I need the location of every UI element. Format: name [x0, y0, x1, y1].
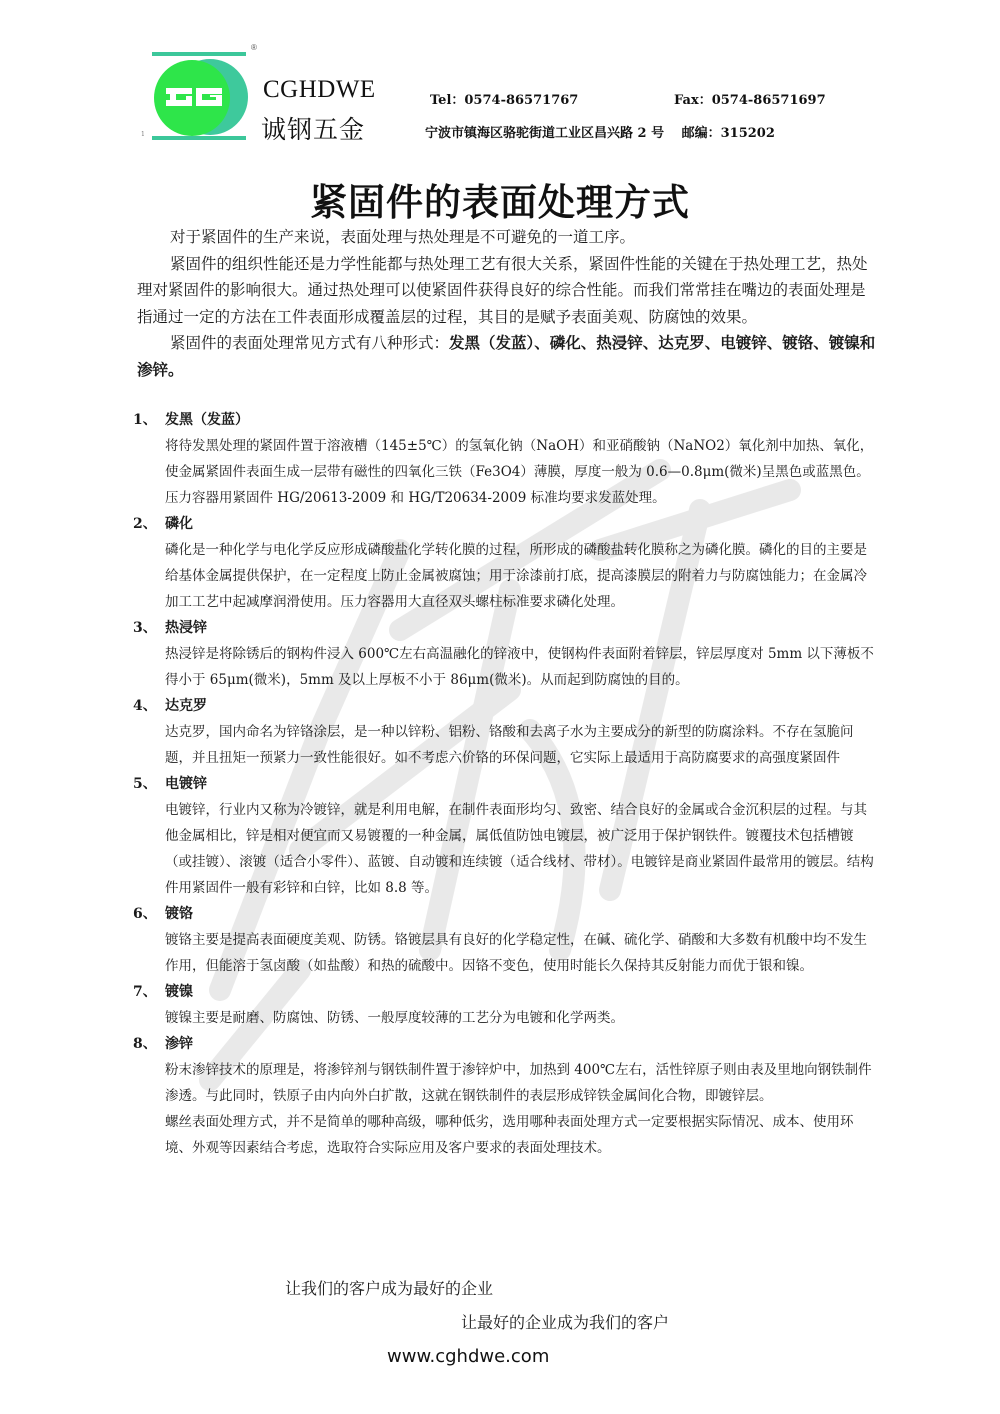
section-heading: 渗锌 [165, 1031, 193, 1057]
section-text: 粉末渗锌技术的原理是，将渗锌剂与钢铁制件置于渗锌炉中，加热到 400℃左右，活性… [165, 1057, 878, 1109]
surface-treatment-sections: 1、发黑（发蓝） 将待发黑处理的紧固件置于溶液槽（145±5℃）的氢氧化钠（Na… [133, 407, 878, 1161]
section-heading: 发黑（发蓝） [165, 407, 249, 433]
address: 宁波市镇海区骆驼街道工业区昌兴路 2 号 邮编：315202 [425, 122, 775, 141]
registered-mark: ® [251, 43, 257, 52]
section-heading: 电镀锌 [165, 771, 207, 797]
intro-p3-prefix: 紧固件的表面处理常见方式有八种形式： [170, 334, 449, 352]
section-2: 2、磷化 磷化是一种化学与电化学反应形成磷酸盐化学转化膜的过程，所形成的磷酸盐转… [133, 511, 878, 615]
section-text: 达克罗，国内命名为锌铬涂层，是一种以锌粉、铝粉、铬酸和去离子水为主要成分的新型的… [165, 719, 878, 771]
cg-monogram-icon [164, 84, 224, 110]
section-number: 7、 [133, 979, 165, 1005]
section-text: 镀铬主要是提高表面硬度美观、防锈。铬镀层具有良好的化学稳定性，在碱、硫化学、硝酸… [165, 927, 878, 979]
section-text: 镀镍主要是耐磨、防腐蚀、防锈、一般厚度较薄的工艺分为电镀和化学两类。 [165, 1005, 878, 1031]
section-heading: 镀铬 [165, 901, 193, 927]
conclusion-text: 螺丝表面处理方式，并不是简单的哪种高级，哪种低劣，选用哪种表面处理方式一定要根据… [165, 1109, 878, 1161]
section-number: 8、 [133, 1031, 165, 1057]
section-number: 1、 [133, 407, 165, 433]
intro-paragraph-1: 对于紧固件的生产来说，表面处理与热处理是不可避免的一道工序。 [137, 224, 877, 251]
section-text: 将待发黑处理的紧固件置于溶液槽（145±5℃）的氢氧化钠（NaOH）和亚硝酸钠（… [165, 433, 878, 511]
section-text: 磷化是一种化学与电化学反应形成磷酸盐化学转化膜的过程，所形成的磷酸盐转化膜称之为… [165, 537, 878, 615]
section-heading: 热浸锌 [165, 615, 207, 641]
section-7: 7、镀镍 镀镍主要是耐磨、防腐蚀、防锈、一般厚度较薄的工艺分为电镀和化学两类。 [133, 979, 878, 1031]
fax: Fax：0574-86571697 [674, 89, 826, 108]
telephone: Tel：0574-86571767 [430, 89, 578, 108]
section-text: 热浸锌是将除锈后的钢构件浸入 600℃左右高温融化的锌液中，使钢构件表面附着锌层… [165, 641, 878, 693]
section-heading: 达克罗 [165, 693, 207, 719]
section-number: 3、 [133, 615, 165, 641]
intro: 对于紧固件的生产来说，表面处理与热处理是不可避免的一道工序。 紧固件的组织性能还… [137, 224, 877, 383]
section-number: 5、 [133, 771, 165, 797]
website-link[interactable]: www.cghdwe.com [387, 1346, 549, 1367]
section-number: 4、 [133, 693, 165, 719]
company-logo [150, 50, 250, 142]
section-8: 8、渗锌 粉末渗锌技术的原理是，将渗锌剂与钢铁制件置于渗锌炉中，加热到 400℃… [133, 1031, 878, 1161]
slogan-2: 让最好的企业成为我们的客户 [461, 1310, 669, 1333]
logo-top-bar [152, 52, 246, 56]
section-heading: 磷化 [165, 511, 193, 537]
brand-name-cn: 诚钢五金 [261, 110, 365, 146]
section-heading: 镀镍 [165, 979, 193, 1005]
page-mark: 1 [141, 131, 145, 138]
section-number: 2、 [133, 511, 165, 537]
slogan-1: 让我们的客户成为最好的企业 [285, 1276, 493, 1299]
section-3: 3、热浸锌 热浸锌是将除锈后的钢构件浸入 600℃左右高温融化的锌液中，使钢构件… [133, 615, 878, 693]
section-5: 5、电镀锌 电镀锌，行业内又称为冷镀锌，就是利用电解，在制件表面形均匀、致密、结… [133, 771, 878, 901]
brand-name-en: CGHDWE [263, 76, 376, 104]
section-text: 电镀锌，行业内又称为冷镀锌，就是利用电解，在制件表面形均匀、致密、结合良好的金属… [165, 797, 878, 901]
intro-paragraph-3: 紧固件的表面处理常见方式有八种形式：发黑（发蓝）、磷化、热浸锌、达克罗、电镀锌、… [137, 330, 877, 383]
section-4: 4、达克罗 达克罗，国内命名为锌铬涂层，是一种以锌粉、铝粉、铬酸和去离子水为主要… [133, 693, 878, 771]
section-6: 6、镀铬 镀铬主要是提高表面硬度美观、防锈。铬镀层具有良好的化学稳定性，在碱、硫… [133, 901, 878, 979]
section-number: 6、 [133, 901, 165, 927]
intro-paragraph-2: 紧固件的组织性能还是力学性能都与热处理工艺有很大关系，紧固件性能的关键在于热处理… [137, 251, 877, 331]
page-title: 紧固件的表面处理方式 [0, 172, 1000, 226]
section-1: 1、发黑（发蓝） 将待发黑处理的紧固件置于溶液槽（145±5℃）的氢氧化钠（Na… [133, 407, 878, 511]
logo-bottom-bar [152, 136, 246, 140]
